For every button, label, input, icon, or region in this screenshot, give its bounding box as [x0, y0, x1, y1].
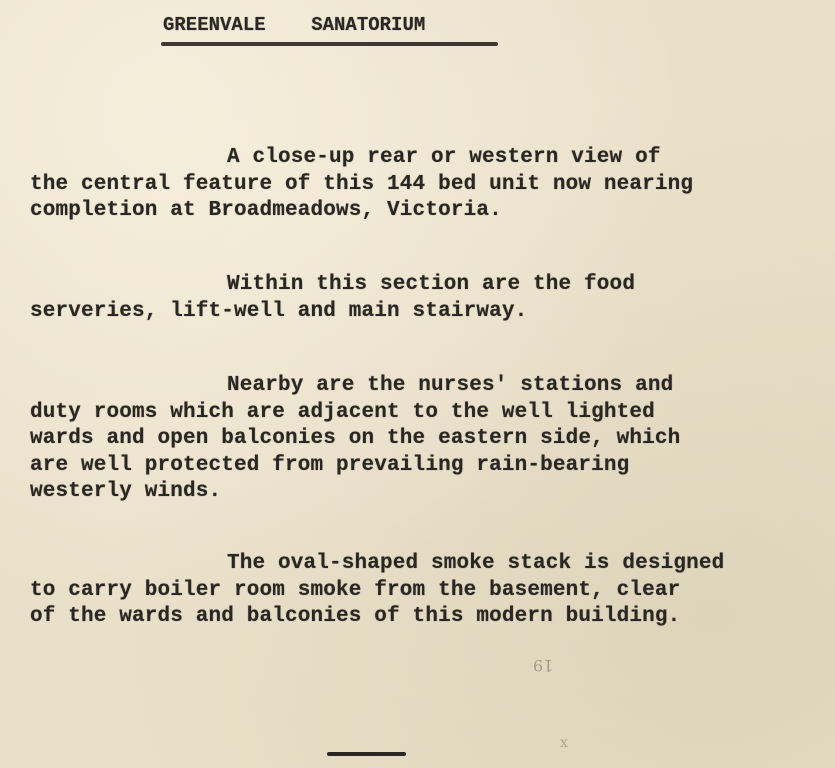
text-line: The oval-shaped smoke stack is designed — [30, 551, 724, 578]
paragraph-2: Within this section are the food serveri… — [30, 272, 635, 325]
text-line: serveries, lift-well and main stairway. — [30, 299, 635, 326]
text-line: of the wards and balconies of this moder… — [30, 604, 724, 631]
text-line: completion at Broadmeadows, Victoria. — [30, 198, 693, 225]
text-line: to carry boiler room smoke from the base… — [30, 578, 724, 605]
end-rule — [327, 752, 406, 756]
title-underline — [161, 42, 498, 46]
text-line: A close-up rear or western view of — [30, 145, 693, 172]
paragraph-3: Nearby are the nurses' stations and duty… — [30, 373, 680, 506]
pencil-mark: x — [560, 735, 568, 751]
text-line: wards and open balconies on the eastern … — [30, 426, 680, 453]
text-line: westerly winds. — [30, 479, 680, 506]
typewritten-page: GREENVALE SANATORIUM A close-up rear or … — [0, 0, 835, 768]
text-line: Nearby are the nurses' stations and — [30, 373, 680, 400]
pencil-annotation: 19 — [533, 656, 553, 675]
paragraph-4: The oval-shaped smoke stack is designed … — [30, 551, 724, 631]
paragraph-1: A close-up rear or western view of the c… — [30, 145, 693, 225]
document-title: GREENVALE SANATORIUM — [163, 14, 425, 36]
text-line: duty rooms which are adjacent to the wel… — [30, 400, 680, 427]
text-line: are well protected from prevailing rain-… — [30, 453, 680, 480]
text-line: the central feature of this 144 bed unit… — [30, 172, 693, 199]
text-line: Within this section are the food — [30, 272, 635, 299]
